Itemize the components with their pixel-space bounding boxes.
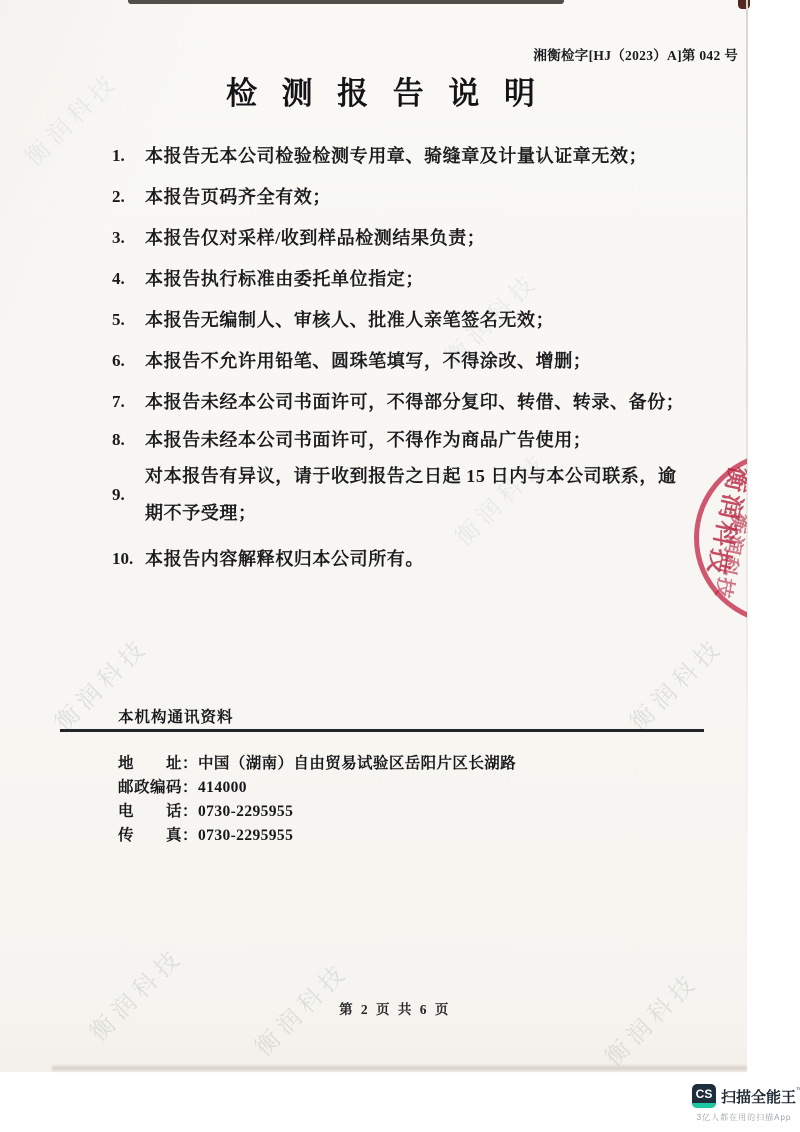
- item-text: 本报告未经本公司书面许可，不得作为商品广告使用；: [145, 430, 744, 450]
- camscanner-icon: CS: [692, 1084, 716, 1108]
- item-text: 本报告仅对采样/收到样品检测结果负责；: [145, 228, 744, 248]
- page-title: 检 测 报 告 说 明: [0, 68, 747, 113]
- trademark-mark: ™: [796, 1086, 800, 1095]
- item-text-line1: 对本报告有异议，请于收到报告之日起 15 日内与本公司联系，逾: [145, 466, 677, 486]
- item-text: 对本报告有异议，请于收到报告之日起 15 日内与本公司联系，逾期不予受理；: [145, 458, 744, 532]
- contact-divider-line: [60, 729, 704, 732]
- contact-row-postcode: 邮政编码：414000: [118, 775, 247, 797]
- contact-value: 414000: [198, 779, 247, 796]
- contact-label: 传 真：: [118, 823, 198, 845]
- list-item-7: 7. 本报告未经本公司书面许可，不得部分复印、转借、转录、备份；: [112, 392, 744, 412]
- camscanner-icon-accent: [692, 1103, 716, 1108]
- item-number: 10.: [112, 549, 145, 569]
- scanner-app-brand: CS 扫描全能王™ 3亿人都在用的扫描App: [692, 1084, 796, 1123]
- scan-edge-artifact: [128, 0, 564, 4]
- item-number: 6.: [112, 351, 145, 371]
- report-ref-number: 湘衡检字[HJ（2023）A]第 042 号: [533, 44, 738, 64]
- item-text-line2: 期不予受理；: [145, 495, 744, 532]
- paper-edge-line: [746, 0, 748, 1072]
- contact-row-address: 地 址：中国（湖南）自由贸易试验区岳阳片区长湖路: [118, 751, 516, 773]
- contact-value: 0730-2295955: [198, 827, 293, 844]
- list-item-9: 9. 对本报告有异议，请于收到报告之日起 15 日内与本公司联系，逾期不予受理；: [112, 458, 744, 532]
- item-text: 本报告页码齐全有效；: [145, 187, 744, 207]
- item-text: 本报告无编制人、审核人、批准人亲笔签名无效；: [145, 310, 744, 330]
- contact-section-heading: 本机构通讯资料: [118, 705, 234, 727]
- list-item-3: 3. 本报告仅对采样/收到样品检测结果负责；: [112, 228, 744, 248]
- page-number-footer: 第 2 页 共 6 页: [0, 998, 790, 1018]
- item-text: 本报告无本公司检验检测专用章、骑缝章及计量认证章无效；: [145, 146, 744, 166]
- scanner-app-tagline: 3亿人都在用的扫描App: [692, 1112, 796, 1123]
- item-number: 1.: [112, 146, 145, 166]
- contact-row-phone: 电 话：0730-2295955: [118, 799, 293, 821]
- scanned-report-page: 衡润科技 衡润科技 衡润科技 衡润科技 衡润科技 衡润科技 衡润科技 衡润科技 …: [0, 0, 800, 1132]
- list-item-5: 5. 本报告无编制人、审核人、批准人亲笔签名无效；: [112, 310, 744, 330]
- list-item-6: 6. 本报告不允许用铅笔、圆珠笔填写，不得涂改、增删；: [112, 351, 744, 371]
- contact-label: 地 址：: [118, 751, 198, 773]
- item-number: 7.: [112, 392, 145, 412]
- item-number: 8.: [112, 430, 145, 450]
- contact-value: 中国（湖南）自由贸易试验区岳阳片区长湖路: [198, 755, 516, 772]
- item-number: 2.: [112, 187, 145, 207]
- item-text: 本报告不允许用铅笔、圆珠笔填写，不得涂改、增删；: [145, 351, 744, 371]
- item-number: 4.: [112, 269, 145, 289]
- item-number: 5.: [112, 310, 145, 330]
- item-number: 3.: [112, 228, 145, 248]
- list-item-8: 8. 本报告未经本公司书面许可，不得作为商品广告使用；: [112, 430, 744, 450]
- item-text: 本报告未经本公司书面许可，不得部分复印、转借、转录、备份；: [145, 392, 744, 412]
- paper-bottom-shadow: [52, 1064, 747, 1072]
- list-item-10: 10. 本报告内容解释权归本公司所有。: [112, 549, 744, 569]
- list-item-4: 4. 本报告执行标准由委托单位指定；: [112, 269, 744, 289]
- list-item-2: 2. 本报告页码齐全有效；: [112, 187, 744, 207]
- item-number: 9.: [112, 485, 145, 505]
- item-text: 本报告执行标准由委托单位指定；: [145, 269, 744, 289]
- contact-label: 邮政编码：: [118, 775, 198, 797]
- camscanner-icon-label: CS: [692, 1085, 716, 1103]
- item-text: 本报告内容解释权归本公司所有。: [145, 549, 744, 569]
- scanner-app-name: 扫描全能王™: [721, 1086, 800, 1107]
- list-item-1: 1. 本报告无本公司检验检测专用章、骑缝章及计量认证章无效；: [112, 146, 744, 166]
- scan-blot: [738, 0, 750, 9]
- contact-value: 0730-2295955: [198, 803, 293, 820]
- contact-row-fax: 传 真：0730-2295955: [118, 823, 293, 845]
- contact-label: 电 话：: [118, 799, 198, 821]
